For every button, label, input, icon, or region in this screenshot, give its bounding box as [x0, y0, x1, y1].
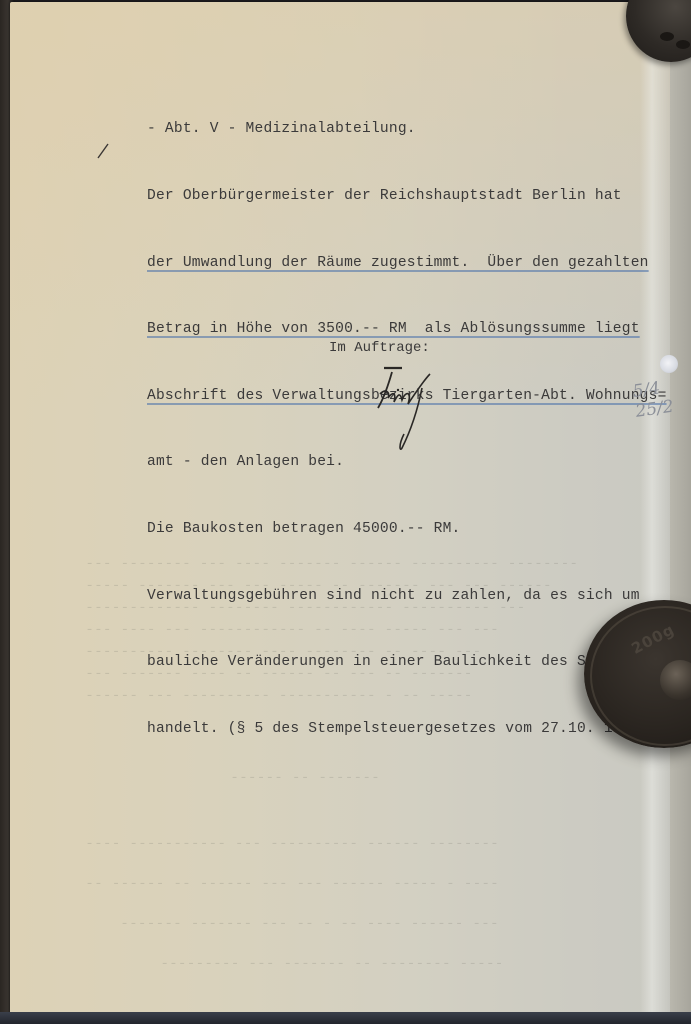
margin-tick-mark	[96, 143, 110, 159]
body-line: Verwaltungsgebühren sind nicht zu zahlen…	[147, 585, 667, 607]
weight-dimple	[676, 40, 690, 49]
pencil-archive-note: 5/4 25/2	[631, 374, 691, 422]
paper-edge	[670, 0, 691, 1024]
body-line: handelt. (§ 5 des Stempelsteuergesetzes …	[147, 718, 667, 740]
handwritten-signature	[372, 364, 434, 454]
weight-dimple	[660, 32, 674, 41]
department-heading: - Abt. V - Medizinalabteilung.	[147, 118, 667, 140]
closing-formula: Im Auftrage:	[329, 340, 430, 356]
bleed-through-line: --- ------ ---- -- - -- --- ------- ----…	[120, 916, 498, 932]
photo-stage: -------- ---------- ------ ------- ---- …	[0, 0, 691, 1024]
body-line: Betrag in Höhe von 3500.-- RM als Ablösu…	[147, 318, 667, 340]
bleed-through-line: ---- - ----- ------ --- --- ------ -- --…	[85, 876, 499, 892]
body-line: amt - den Anlagen bei.	[147, 451, 667, 473]
bleed-through-line: ----- -------- -- ------- --- ---------	[160, 956, 503, 972]
bleed-through-line: -------- ------ ---------- --- ---------…	[85, 836, 499, 852]
body-line: Die Baukosten betragen 45000.-- RM.	[147, 518, 667, 540]
body-line: Der Oberbürgermeister der Reichshauptsta…	[147, 185, 667, 207]
body-line: der Umwandlung der Räume zugestimmt. Übe…	[147, 252, 667, 274]
table-surface	[0, 1012, 691, 1024]
